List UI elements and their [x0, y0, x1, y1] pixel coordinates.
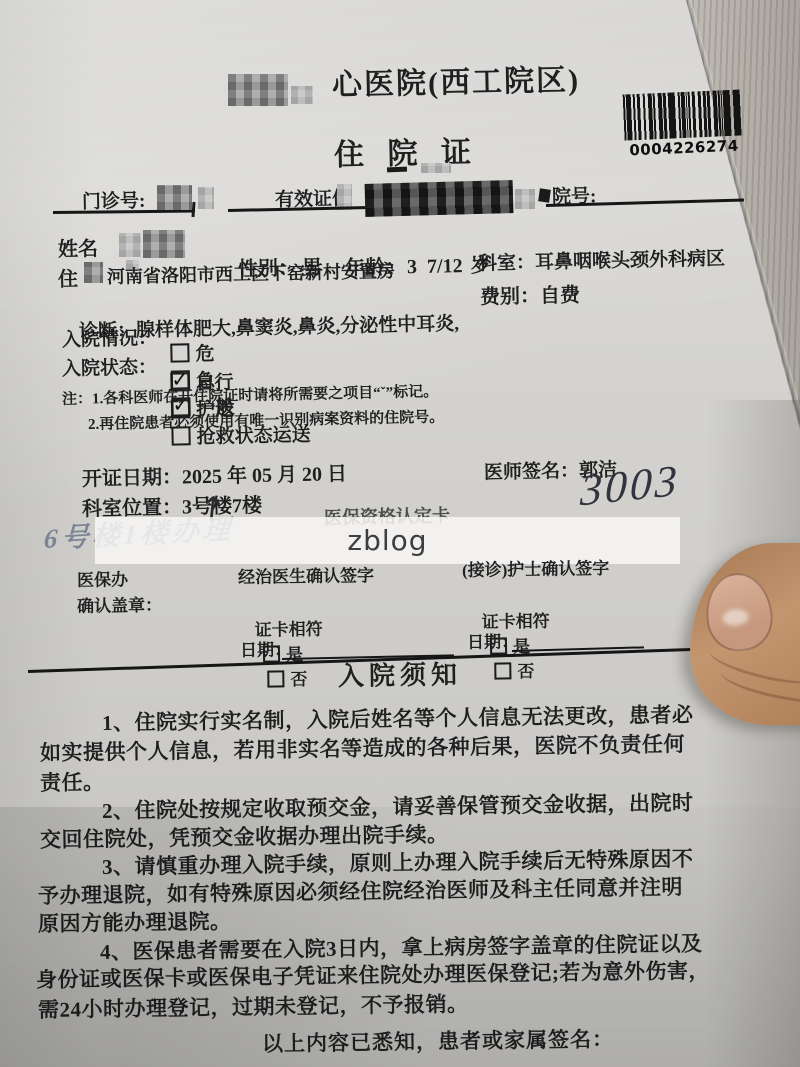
censor-address: [84, 262, 103, 283]
censor-name-2: [143, 230, 185, 258]
censor-outpatient-no-2: [198, 187, 214, 209]
censor-id-number-tail: [515, 189, 535, 209]
title-underline-mark: [387, 167, 407, 173]
name-label: 姓名: [58, 232, 99, 262]
fee-field: 费别：自费: [459, 255, 581, 332]
censor-inpatient-mark: [538, 188, 551, 202]
document-photo: 心医院(西工院区) 住 院 证 0004226274 门诊号: 有效证件 院号:…: [0, 0, 800, 1067]
nurse-no-label: 否: [517, 662, 534, 681]
watermark-text: zblog: [347, 524, 427, 557]
barcode: 0004226274: [623, 89, 744, 159]
status-label: 入院状态：: [62, 352, 158, 381]
insurance-office-line2: 确认盖章：: [77, 591, 162, 617]
censor-id-number: [365, 180, 514, 217]
censor-hospital-name: [228, 74, 288, 106]
notice-title: 入院须知: [338, 654, 463, 693]
bottom-shadow: [0, 807, 800, 1067]
nurse-confirm-title: (接诊)护士确认签字: [462, 554, 610, 581]
thumb-nail: [702, 570, 776, 654]
nurse-date-label: 日期：: [467, 627, 518, 653]
age-value: 3 7/12: [407, 255, 463, 278]
doctor-confirm-title: 经治医生确认签字: [238, 561, 374, 588]
address-label: 住: [58, 263, 79, 292]
condition-label: 入院情况：: [62, 323, 158, 352]
insurance-office-line1: 医保办: [77, 565, 128, 591]
handwritten-room-number: 3003: [579, 455, 680, 517]
fee-value: 自费: [540, 284, 580, 307]
fee-label: 费别：: [480, 285, 540, 308]
hospital-name: 心医院(西工院区): [332, 55, 581, 104]
title-gray-mark: [421, 163, 451, 173]
nurse-no-checkbox-icon: [494, 662, 511, 679]
censor-hospital-name-2: [291, 86, 313, 104]
doctor-no-label: 否: [290, 670, 307, 689]
censor-name-1: [119, 233, 141, 257]
barcode-bars: [623, 89, 743, 140]
censor-outpatient-no: [157, 185, 192, 210]
doctor-sign-label: 医师签名：: [484, 461, 579, 484]
doctor-no-checkbox-icon: [267, 670, 284, 687]
notice-line: 责任。: [40, 766, 105, 797]
